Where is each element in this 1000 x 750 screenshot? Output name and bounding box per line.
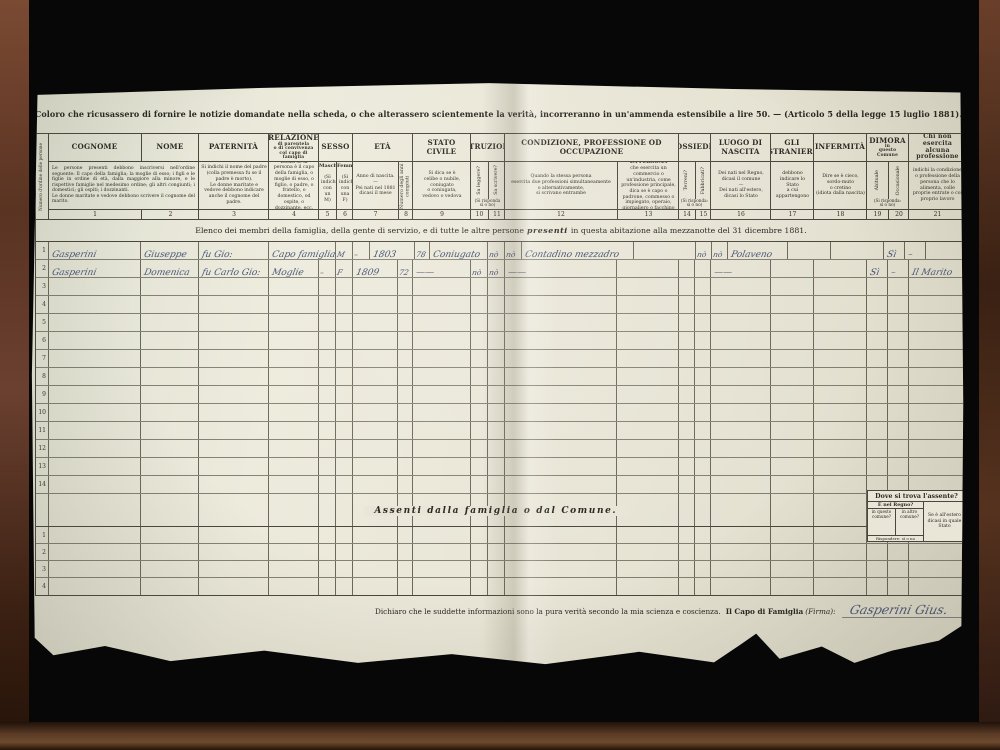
- cell-cond12: [505, 578, 617, 595]
- person-row: 7: [36, 350, 966, 368]
- column-note: Dicasi se la persona è il capo della fam…: [269, 162, 318, 209]
- cell-sesso_f: [336, 458, 353, 475]
- cell-terreni: [679, 314, 695, 331]
- cell-nome: [141, 527, 199, 543]
- subcolumn-anno: Anno di nascita. — Pei nati nel 1881 dic…: [353, 162, 398, 209]
- where-absent-title: Dove si trova l'assente?: [868, 491, 965, 502]
- cell-num: 5: [36, 314, 49, 331]
- cell-dim_ab: [867, 544, 888, 560]
- cell-dim_oc: [888, 404, 909, 421]
- header-cognome-nome: COGNOMENOMELe persone presenti debbono i…: [49, 134, 199, 219]
- column-note: (Si indichi con un M): [319, 174, 336, 205]
- cell-stranieri: [771, 422, 814, 439]
- cell-dim_oc: [888, 544, 909, 560]
- cell-sesso_f: [336, 494, 353, 526]
- cell-scrivere: [488, 314, 505, 331]
- subcolumn-dim_oc: Occasionale: [888, 162, 908, 199]
- cell-chi: [926, 242, 983, 259]
- cell-chi: [909, 332, 966, 349]
- entry-relazione: Moglie: [267, 265, 305, 281]
- cell-paternita: [199, 578, 269, 595]
- absent-row: 1: [36, 527, 966, 544]
- subcolumn-dim_ab: Abituale: [867, 162, 888, 199]
- census-table: Assenti dalla famiglia o dal Comune. Dov…: [35, 133, 967, 596]
- cell-leggere: [471, 561, 488, 577]
- cell-dim_ab: [867, 296, 888, 313]
- header-stranieri: GLI STRANIERIdebbono indicare lo Stato a…: [771, 134, 814, 219]
- cell-cond13: [617, 476, 679, 493]
- header-sesso: SESSOMaschio(Si indichi con un M)Femmina…: [319, 134, 353, 219]
- entry-stato: ——: [411, 265, 435, 281]
- column-title: COGNOMENOME: [49, 134, 198, 162]
- cell-nome: [141, 422, 199, 439]
- column-title: ISTRUZIONE: [471, 134, 504, 162]
- cell-leggere: [471, 404, 488, 421]
- column-note: debbono indicare lo Stato a cui apparten…: [771, 170, 813, 201]
- cell-cognome: [49, 527, 141, 543]
- column-number: 11: [488, 210, 505, 219]
- cell-fabbricati: [695, 368, 711, 385]
- cell-dim_oc: –: [905, 242, 926, 259]
- present-section-title: Elenco dei membri della famiglia, della …: [36, 220, 966, 242]
- cell-cognome: [49, 578, 141, 595]
- subcolumn-paternita: Si indichi il nome del padre (colla prem…: [199, 162, 268, 209]
- cell-terreni: [679, 296, 695, 313]
- cell-sesso_m: [319, 458, 336, 475]
- cell-leggere: [471, 440, 488, 457]
- cell-fabbricati: [695, 296, 711, 313]
- person-row: 11: [36, 422, 966, 440]
- cell-luogo: [711, 440, 771, 457]
- cell-cond12: [505, 386, 617, 403]
- cell-cond12: [505, 350, 617, 367]
- cell-paternita: [199, 422, 269, 439]
- cell-relazione: [269, 296, 319, 313]
- person-row: 10: [36, 404, 966, 422]
- cell-nome: [141, 458, 199, 475]
- cell-cognome: [49, 296, 141, 313]
- cell-dim_oc: [888, 386, 909, 403]
- entry-cond12: ——: [503, 265, 527, 281]
- cell-cond12: [505, 314, 617, 331]
- column-number: 9: [413, 210, 471, 219]
- cell-anni: [398, 350, 413, 367]
- subcolumn-cond12: Quando la stessa persona esercita due pr…: [505, 162, 617, 209]
- cell-sesso_f: [336, 544, 353, 560]
- cell-chi: [909, 368, 966, 385]
- other-commune-label: in altro comune?: [895, 509, 923, 535]
- header-infermita: INFERMITÀDire se è cieco, sordo-muto o c…: [814, 134, 867, 219]
- cell-num: 11: [36, 422, 49, 439]
- header-stato-civile: STATO CIVILESi dica se è celibe o nubile…: [413, 134, 471, 219]
- cell-infermita: [814, 440, 867, 457]
- cell-cond13: [617, 314, 679, 331]
- column-note: Si indichi il nome del padre (colla prem…: [199, 164, 268, 206]
- cell-stranieri: [771, 404, 814, 421]
- cell-cognome: [49, 440, 141, 457]
- cell-stranieri: [771, 527, 814, 543]
- cell-paternita: fu Gio:: [199, 242, 269, 259]
- person-row: 12: [36, 440, 966, 458]
- cell-relazione: [269, 494, 319, 526]
- order-number-label: Numero d'ordine delle persone: [40, 143, 45, 211]
- cell-stato: [413, 404, 471, 421]
- subcolumn-fabbricati: Fabbricati?: [695, 162, 710, 199]
- cell-dim_ab: [867, 314, 888, 331]
- cell-dim_oc: [888, 296, 909, 313]
- cell-relazione: [269, 527, 319, 543]
- cell-terreni: [679, 278, 695, 295]
- cell-anni: [398, 332, 413, 349]
- column-note: (Si indichi con una F): [337, 174, 352, 205]
- cell-cond13: [617, 296, 679, 313]
- cell-chi: Il Marito: [909, 260, 966, 277]
- cell-sesso_f: [336, 578, 353, 595]
- column-number: 21: [909, 210, 966, 219]
- cell-relazione: [269, 561, 319, 577]
- entry-paternita: fu Carlo Gio:: [197, 265, 262, 281]
- cell-nome: [141, 440, 199, 457]
- cell-anno: [353, 386, 398, 403]
- entry-luogo: Polaveno: [727, 247, 774, 263]
- cell-nome: [141, 494, 199, 526]
- cell-sesso_f: [336, 314, 353, 331]
- cell-cond12: [505, 458, 617, 475]
- cell-sesso_f: [336, 350, 353, 367]
- column-note: Terreni?: [684, 170, 690, 190]
- column-number: 10: [471, 210, 488, 219]
- cell-terreni: [679, 260, 695, 277]
- cell-paternita: [199, 368, 269, 385]
- cell-paternita: [199, 296, 269, 313]
- cell-infermita: [814, 494, 867, 526]
- cell-paternita: [199, 350, 269, 367]
- cell-num: 3: [36, 561, 49, 577]
- cell-cognome: [49, 404, 141, 421]
- photo-background: Coloro che ricusassero di fornire le not…: [0, 0, 1000, 750]
- cell-infermita: [831, 242, 884, 259]
- cell-terreni: [679, 561, 695, 577]
- cell-paternita: [199, 440, 269, 457]
- cell-luogo: [711, 527, 771, 543]
- subcolumn-sesso_f: Femmina(Si indichi con una F): [336, 162, 352, 209]
- cell-sesso_m: [319, 386, 336, 403]
- cell-sesso_m: [319, 314, 336, 331]
- entry-chi: Il Marito: [907, 265, 953, 281]
- cell-cond12: [505, 476, 617, 493]
- entry-cognome: Gasperini: [47, 247, 98, 263]
- person-row: 4: [36, 296, 966, 314]
- cell-cond13: [617, 404, 679, 421]
- wood-frame-left: [0, 0, 29, 750]
- cell-nome: [141, 561, 199, 577]
- cell-sesso_m: M: [336, 242, 353, 259]
- cell-scrivere: [488, 332, 505, 349]
- cell-stato: [413, 544, 471, 560]
- cell-scrivere: [488, 440, 505, 457]
- cell-dim_ab: [867, 404, 888, 421]
- cell-infermita: [814, 350, 867, 367]
- cell-leggere: [471, 422, 488, 439]
- cell-anni: [398, 561, 413, 577]
- cell-nome: [141, 314, 199, 331]
- column-title: Chi non esercita alcuna professione: [909, 134, 966, 162]
- cell-scrivere: [488, 544, 505, 560]
- cell-fabbricati: [695, 386, 711, 403]
- cell-terreni: [679, 422, 695, 439]
- cell-anno: 1803: [370, 242, 415, 259]
- cell-num: 10: [36, 404, 49, 421]
- cell-chi: [909, 350, 966, 367]
- column-note: che esercita un commercio o un'industria…: [618, 165, 678, 209]
- cell-fabbricati: [695, 332, 711, 349]
- cell-sesso_m: [319, 440, 336, 457]
- declaration-line: Dichiaro che le suddette informazioni so…: [375, 602, 977, 618]
- cell-fabbricati: [695, 561, 711, 577]
- cell-fabbricati: [695, 440, 711, 457]
- column-title: GLI STRANIERI: [771, 134, 813, 162]
- entry-luogo: ——: [709, 265, 733, 281]
- column-number: 5: [319, 210, 336, 219]
- person-row: 13: [36, 458, 966, 476]
- cell-anno: [353, 578, 398, 595]
- cell-stranieri: [771, 561, 814, 577]
- cell-cond12: [505, 332, 617, 349]
- cell-stranieri: [771, 296, 814, 313]
- cell-stranieri: [771, 544, 814, 560]
- cell-nome: [141, 350, 199, 367]
- cell-dim_oc: [888, 332, 909, 349]
- cell-stranieri: [771, 386, 814, 403]
- column-title: RELAZIONEdi parentela o di convivenza co…: [269, 134, 318, 162]
- cell-sesso_m: [319, 332, 336, 349]
- cell-leggere: [471, 368, 488, 385]
- column-title: STATO CIVILE: [413, 134, 470, 162]
- entry-anno: 1803: [369, 247, 398, 263]
- cell-dim_ab: [867, 350, 888, 367]
- column-note: Numero degli anni compiuti: [400, 163, 411, 209]
- census-form-page: Coloro che ricusassero di fornire le not…: [30, 82, 967, 667]
- header-istruzione: ISTRUZIONESa leggere?Sa scrivere?(Si ris…: [471, 134, 505, 219]
- cell-cognome: [49, 544, 141, 560]
- cell-chi: [909, 386, 966, 403]
- cell-paternita: [199, 561, 269, 577]
- cell-cond12: [505, 422, 617, 439]
- cell-nome: [141, 332, 199, 349]
- cell-dim_oc: [888, 350, 909, 367]
- cell-cognome: [49, 350, 141, 367]
- cell-infermita: [814, 386, 867, 403]
- column-number: 15: [695, 210, 711, 219]
- cell-leggere: [471, 332, 488, 349]
- cell-fabbricati: [695, 350, 711, 367]
- cell-anni: [398, 422, 413, 439]
- subcolumn-sesso_m: Maschio(Si indichi con un M): [319, 162, 336, 209]
- cell-cond12: [505, 561, 617, 577]
- cell-scrivere: [488, 458, 505, 475]
- cell-infermita: [814, 422, 867, 439]
- subcolumn-chi: indichi la condizione o professione dell…: [909, 162, 966, 209]
- header-paternita: PATERNITÀSi indichi il nome del padre (c…: [199, 134, 269, 219]
- cell-infermita: [814, 578, 867, 595]
- column-note: Dei nati nel Regno, dicasi il comune — D…: [711, 170, 770, 201]
- cell-chi: [909, 578, 966, 595]
- cell-sesso_f: [336, 422, 353, 439]
- cell-cognome: [49, 561, 141, 577]
- column-number: 3: [199, 210, 269, 219]
- cell-paternita: [199, 458, 269, 475]
- entry-cognome: Gasperini: [47, 265, 98, 281]
- subcolumn-infermita: Dire se è cieco, sordo-muto o cretino (i…: [814, 162, 866, 209]
- cell-num: 4: [36, 578, 49, 595]
- cell-num: 2: [36, 544, 49, 560]
- cell-anno: [353, 544, 398, 560]
- cell-fabbricati: nò: [712, 242, 728, 259]
- cell-fabbricati: [695, 458, 711, 475]
- cell-relazione: Capo famiglia: [269, 242, 336, 259]
- cell-stato: [413, 314, 471, 331]
- cell-cond13: [617, 260, 679, 277]
- header-possiede: POSSIEDE?Terreni?Fabbricati?(Si risponda…: [679, 134, 711, 219]
- cell-luogo: [711, 350, 771, 367]
- subcolumn-stato: Si dica se è celibe o nubile, coniugato …: [413, 162, 470, 209]
- cell-anno: [353, 527, 398, 543]
- cell-fabbricati: [695, 404, 711, 421]
- cell-infermita: [814, 332, 867, 349]
- cell-relazione: [269, 440, 319, 457]
- cell-anno: [353, 368, 398, 385]
- cell-scrivere: [488, 350, 505, 367]
- subcolumn-relazione: Dicasi se la persona è il capo della fam…: [269, 162, 318, 209]
- cell-cond12: [505, 527, 617, 543]
- cell-stranieri: [771, 278, 814, 295]
- entry-paternita: fu Gio:: [197, 247, 234, 263]
- cell-stato: [413, 350, 471, 367]
- cell-anni: [398, 476, 413, 493]
- cell-terreni: [679, 332, 695, 349]
- cell-relazione: [269, 368, 319, 385]
- cell-luogo: [711, 404, 771, 421]
- cell-cond13: [617, 458, 679, 475]
- cell-cond13: [617, 278, 679, 295]
- cell-terreni: [679, 527, 695, 543]
- entry-relazione: Capo famiglia: [267, 247, 337, 263]
- cell-anni: [398, 314, 413, 331]
- cell-dim_oc: [888, 458, 909, 475]
- subcolumn-cond13: LA PERSONAche esercita un commercio o un…: [617, 162, 678, 209]
- cell-sesso_f: [336, 368, 353, 385]
- column-title: PATERNITÀ: [199, 134, 268, 162]
- cell-cond12: [505, 440, 617, 457]
- cell-luogo: [711, 332, 771, 349]
- cell-anno: [353, 458, 398, 475]
- cell-stranieri: [771, 332, 814, 349]
- cell-num: 8: [36, 368, 49, 385]
- cell-anni: [398, 544, 413, 560]
- cell-leggere: [471, 544, 488, 560]
- cell-chi: [909, 544, 966, 560]
- column-number: 12: [505, 210, 617, 219]
- cell-leggere: [471, 578, 488, 595]
- cell-cond13: [617, 561, 679, 577]
- cell-anni: [398, 368, 413, 385]
- cell-dim_ab: [867, 578, 888, 595]
- cell-infermita: [814, 458, 867, 475]
- cell-luogo: [711, 458, 771, 475]
- cell-relazione: [269, 544, 319, 560]
- person-row: 1GasperiniGiuseppefu Gio:Capo famigliaM–…: [36, 242, 966, 260]
- cell-sesso_f: [336, 386, 353, 403]
- cell-num: 13: [36, 458, 49, 475]
- cell-stato: [413, 458, 471, 475]
- column-footnote: (Si risponda sì o no): [471, 199, 504, 209]
- cell-luogo: [711, 494, 771, 526]
- header-chi-non-esercita: Chi non esercita alcuna professioneindic…: [909, 134, 966, 219]
- cell-cognome: [49, 332, 141, 349]
- cell-anni: [398, 578, 413, 595]
- cell-dim_oc: [888, 422, 909, 439]
- cell-sesso_f: –: [353, 242, 370, 259]
- person-row: 9: [36, 386, 966, 404]
- cell-cond12: [505, 368, 617, 385]
- cell-chi: [909, 422, 966, 439]
- cell-sesso_m: [319, 476, 336, 493]
- cell-paternita: [199, 494, 269, 526]
- cell-cond12: Contadino mezzadro: [522, 242, 634, 259]
- cell-cond13: [617, 386, 679, 403]
- cell-sesso_f: [336, 332, 353, 349]
- entry-stato: Coniugato: [429, 247, 482, 263]
- cell-infermita: [814, 278, 867, 295]
- cell-luogo: [711, 476, 771, 493]
- cell-fabbricati: [695, 314, 711, 331]
- cell-infermita: [814, 404, 867, 421]
- cell-cognome: [49, 458, 141, 475]
- absent-row: 3: [36, 561, 966, 578]
- cell-sesso_m: [319, 494, 336, 526]
- cell-fabbricati: [695, 527, 711, 543]
- head-of-family-label: Il Capo di Famiglia: [726, 607, 804, 616]
- cell-dim_ab: [867, 561, 888, 577]
- cell-sesso_f: [336, 476, 353, 493]
- column-number: 17: [771, 210, 814, 219]
- entry-anno: 1809: [351, 265, 380, 281]
- column-number: 18: [814, 210, 867, 219]
- cell-cognome: [49, 386, 141, 403]
- header-condizione: CONDIZIONE, PROFESSIONE OD OCCUPAZIONEQu…: [505, 134, 679, 219]
- cell-scrivere: [488, 404, 505, 421]
- cell-relazione: [269, 314, 319, 331]
- cell-cond13: [634, 242, 696, 259]
- cell-cognome: [49, 422, 141, 439]
- respond-yes-no-label: Rispondere: sì o no: [868, 535, 923, 541]
- subcolumn-scrivere: Sa scrivere?: [488, 162, 504, 199]
- cell-scrivere: [488, 527, 505, 543]
- cell-sesso_f: [336, 404, 353, 421]
- cell-infermita: [814, 314, 867, 331]
- cell-cond12: [505, 404, 617, 421]
- column-note: Sa leggere?: [477, 166, 483, 195]
- cell-nome: [141, 476, 199, 493]
- cell-infermita: [814, 296, 867, 313]
- this-commune-label: in questo comune?: [868, 509, 895, 535]
- cell-dim_ab: [867, 368, 888, 385]
- cell-nome: [141, 404, 199, 421]
- cell-anni: 78: [415, 242, 430, 259]
- cell-nome: [141, 296, 199, 313]
- cell-anno: [353, 440, 398, 457]
- cell-cond12: [505, 296, 617, 313]
